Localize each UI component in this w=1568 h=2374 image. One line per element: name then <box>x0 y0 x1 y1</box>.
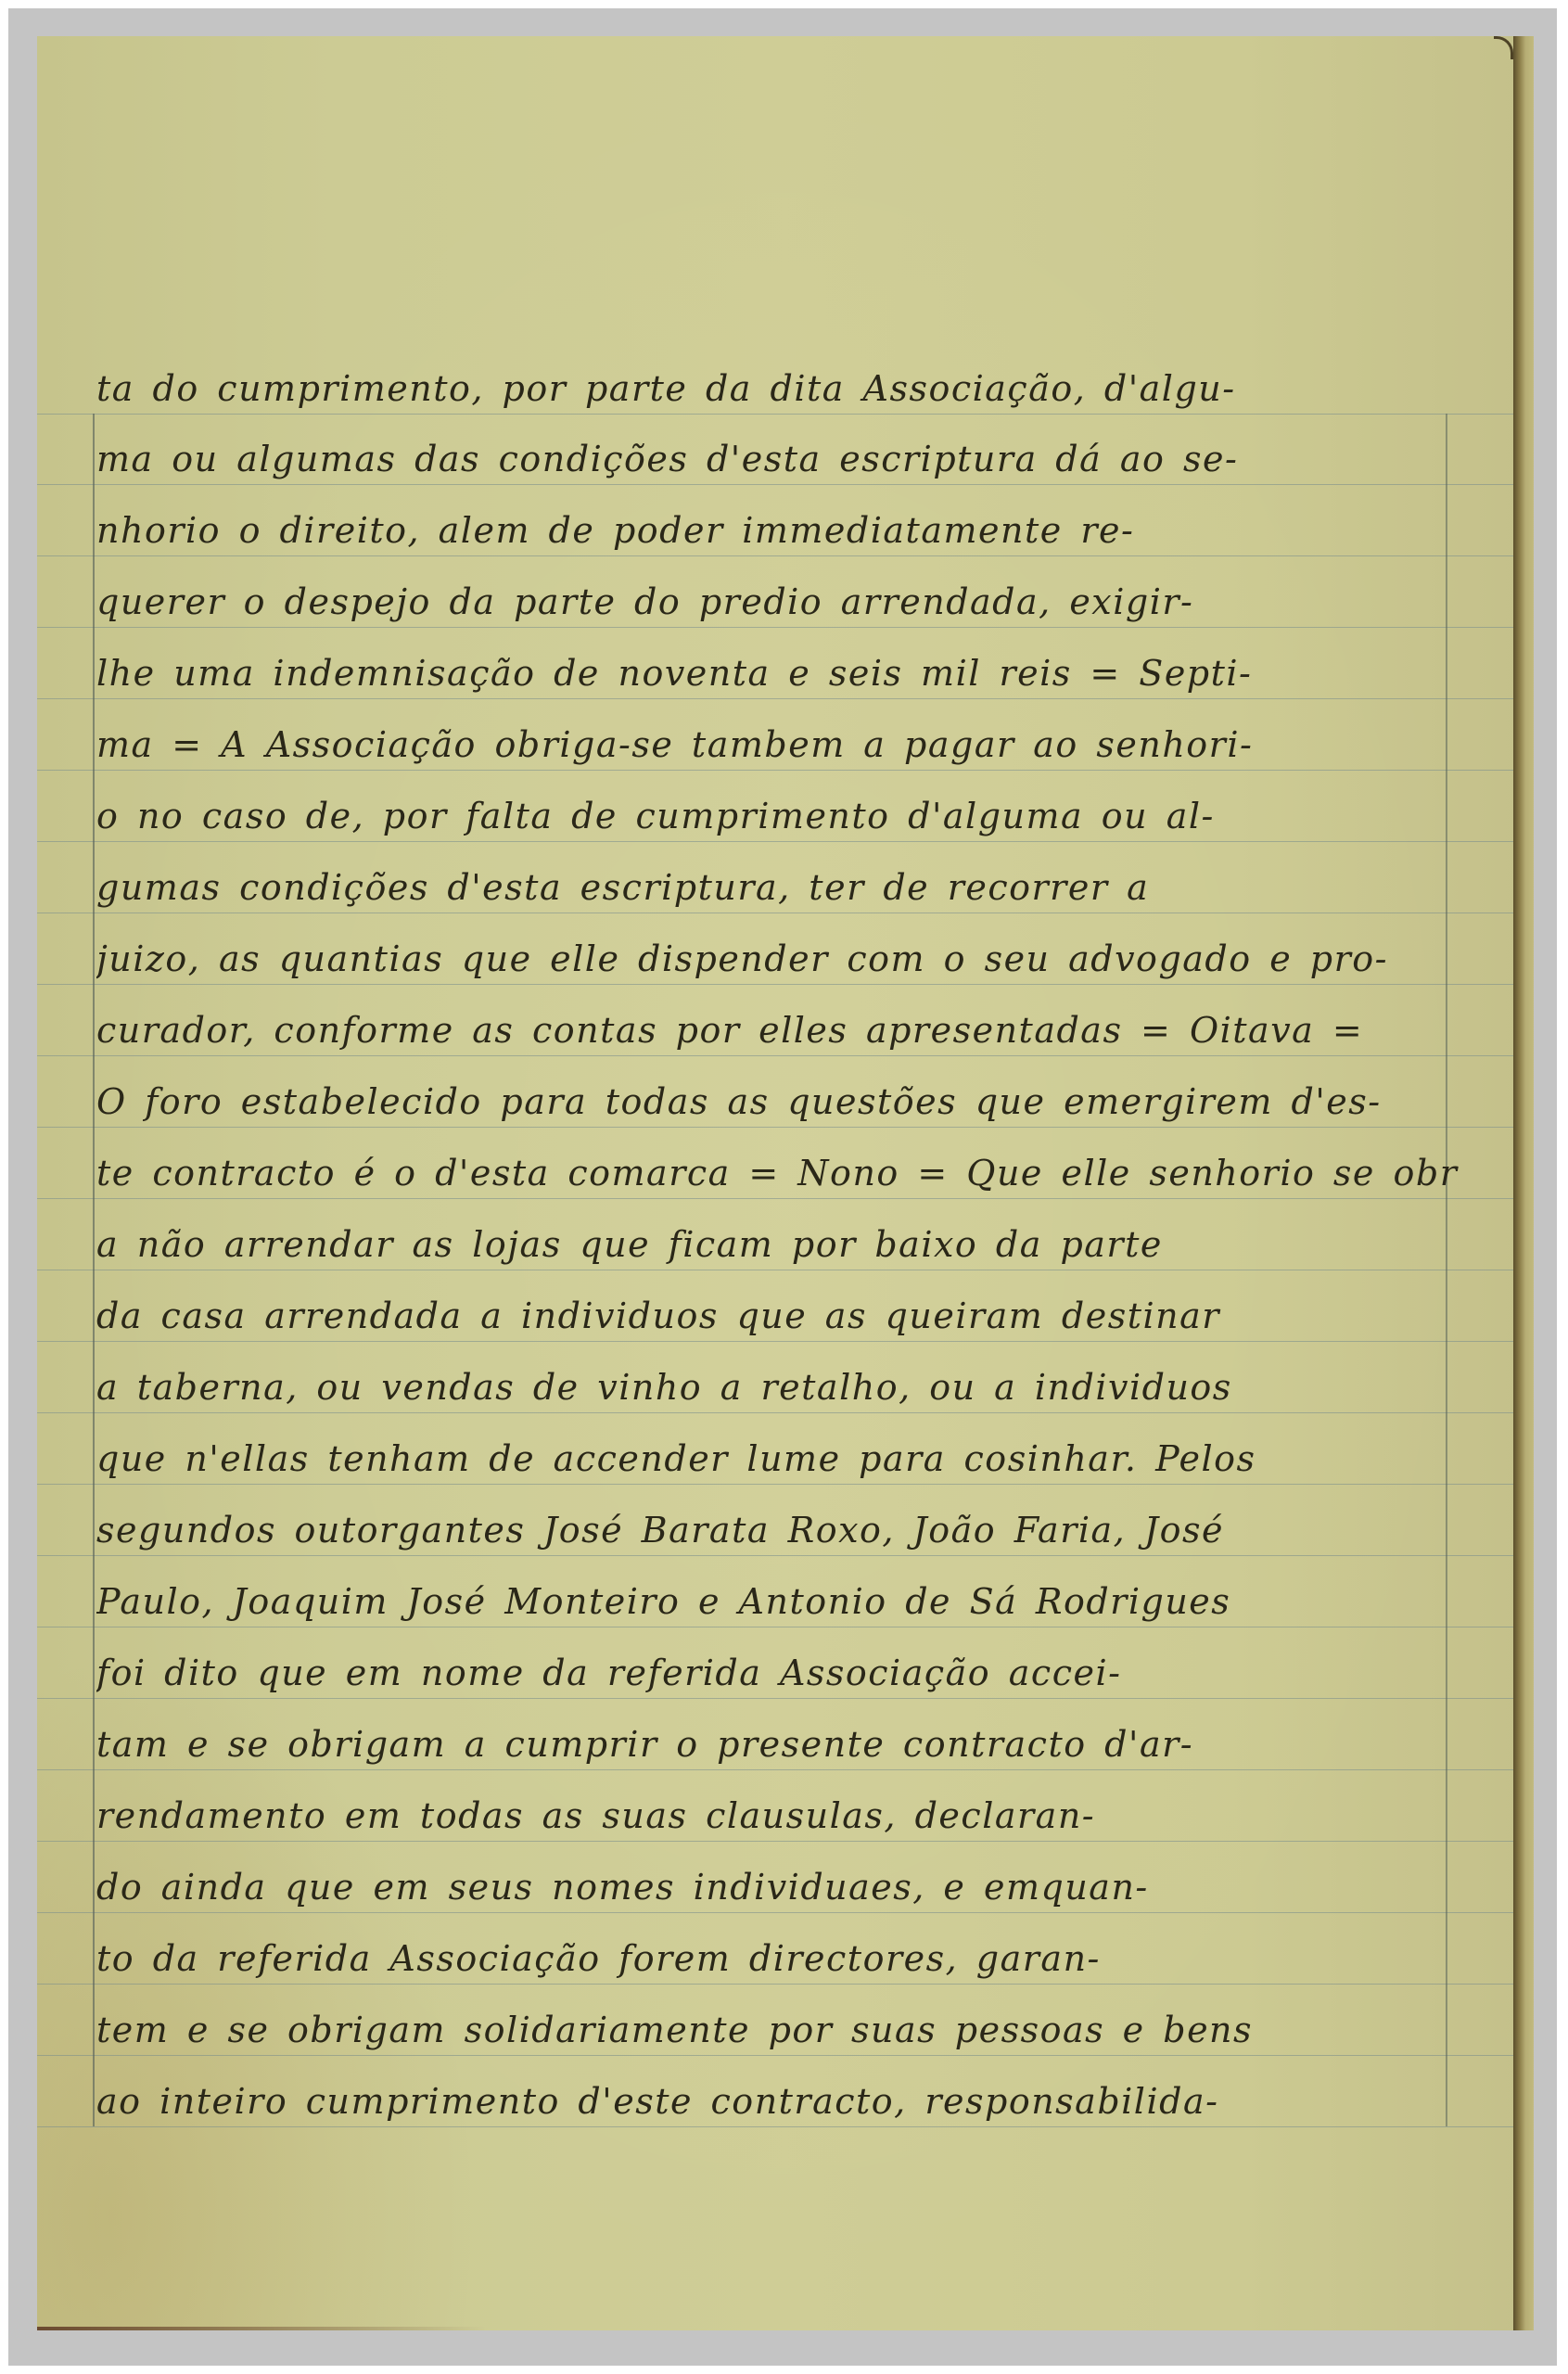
left-margin-rule <box>93 414 95 2126</box>
text-line: a taberna, ou vendas de vinho a retalho,… <box>96 1359 1460 1415</box>
bottom-edge-stain <box>37 2327 486 2330</box>
text-line: que n'ellas tenham de accender lume para… <box>96 1431 1460 1487</box>
text-line: ma ou algumas das condições d'esta escri… <box>96 431 1460 487</box>
manuscript-page: ta do cumprimento, por parte da dita Ass… <box>37 36 1534 2330</box>
text-line: da casa arrendada a individuos que as qu… <box>96 1288 1460 1344</box>
text-line: gumas condições d'esta escriptura, ter d… <box>96 860 1460 915</box>
text-line: juizo, as quantias que elle dispender co… <box>96 931 1460 987</box>
text-line: curador, conforme as contas por elles ap… <box>96 1002 1460 1058</box>
text-line: ao inteiro cumprimento d'este contracto,… <box>96 2074 1460 2129</box>
text-line: foi dito que em nome da referida Associa… <box>96 1645 1460 1701</box>
text-line: to da referida Associação forem director… <box>96 1931 1460 1986</box>
text-line: a não arrendar as lojas que ficam por ba… <box>96 1217 1460 1272</box>
text-line: tam e se obrigam a cumprir o presente co… <box>96 1717 1460 1772</box>
text-line: tem e se obrigam solidariamente por suas… <box>96 2002 1460 2058</box>
text-line: ma = A Associação obriga-se tambem a pag… <box>96 717 1460 772</box>
text-line: ta do cumprimento, por parte da dita Ass… <box>96 361 1460 416</box>
text-line: O foro estabelecido para todas as questõ… <box>96 1074 1460 1130</box>
text-line: lhe uma indemnisação de noventa e seis m… <box>96 645 1460 701</box>
text-line: te contracto é o d'esta comarca = Nono =… <box>96 1145 1460 1201</box>
text-line: o no caso de, por falta de cumprimento d… <box>96 788 1460 844</box>
text-line: nhorio o direito, alem de poder immediat… <box>96 503 1460 558</box>
text-line: segundos outorgantes José Barata Roxo, J… <box>96 1502 1460 1558</box>
text-line: querer o despejo da parte do predio arre… <box>96 574 1460 630</box>
scan-frame: ta do cumprimento, por parte da dita Ass… <box>8 8 1557 2366</box>
page-corner <box>1494 36 1513 59</box>
text-line: do ainda que em seus nomes individuaes, … <box>96 1859 1460 1915</box>
page-edge-shadow <box>1513 36 1534 2330</box>
text-line: Paulo, Joaquim José Monteiro e Antonio d… <box>96 1574 1460 1629</box>
text-line: rendamento em todas as suas clausulas, d… <box>96 1788 1460 1844</box>
